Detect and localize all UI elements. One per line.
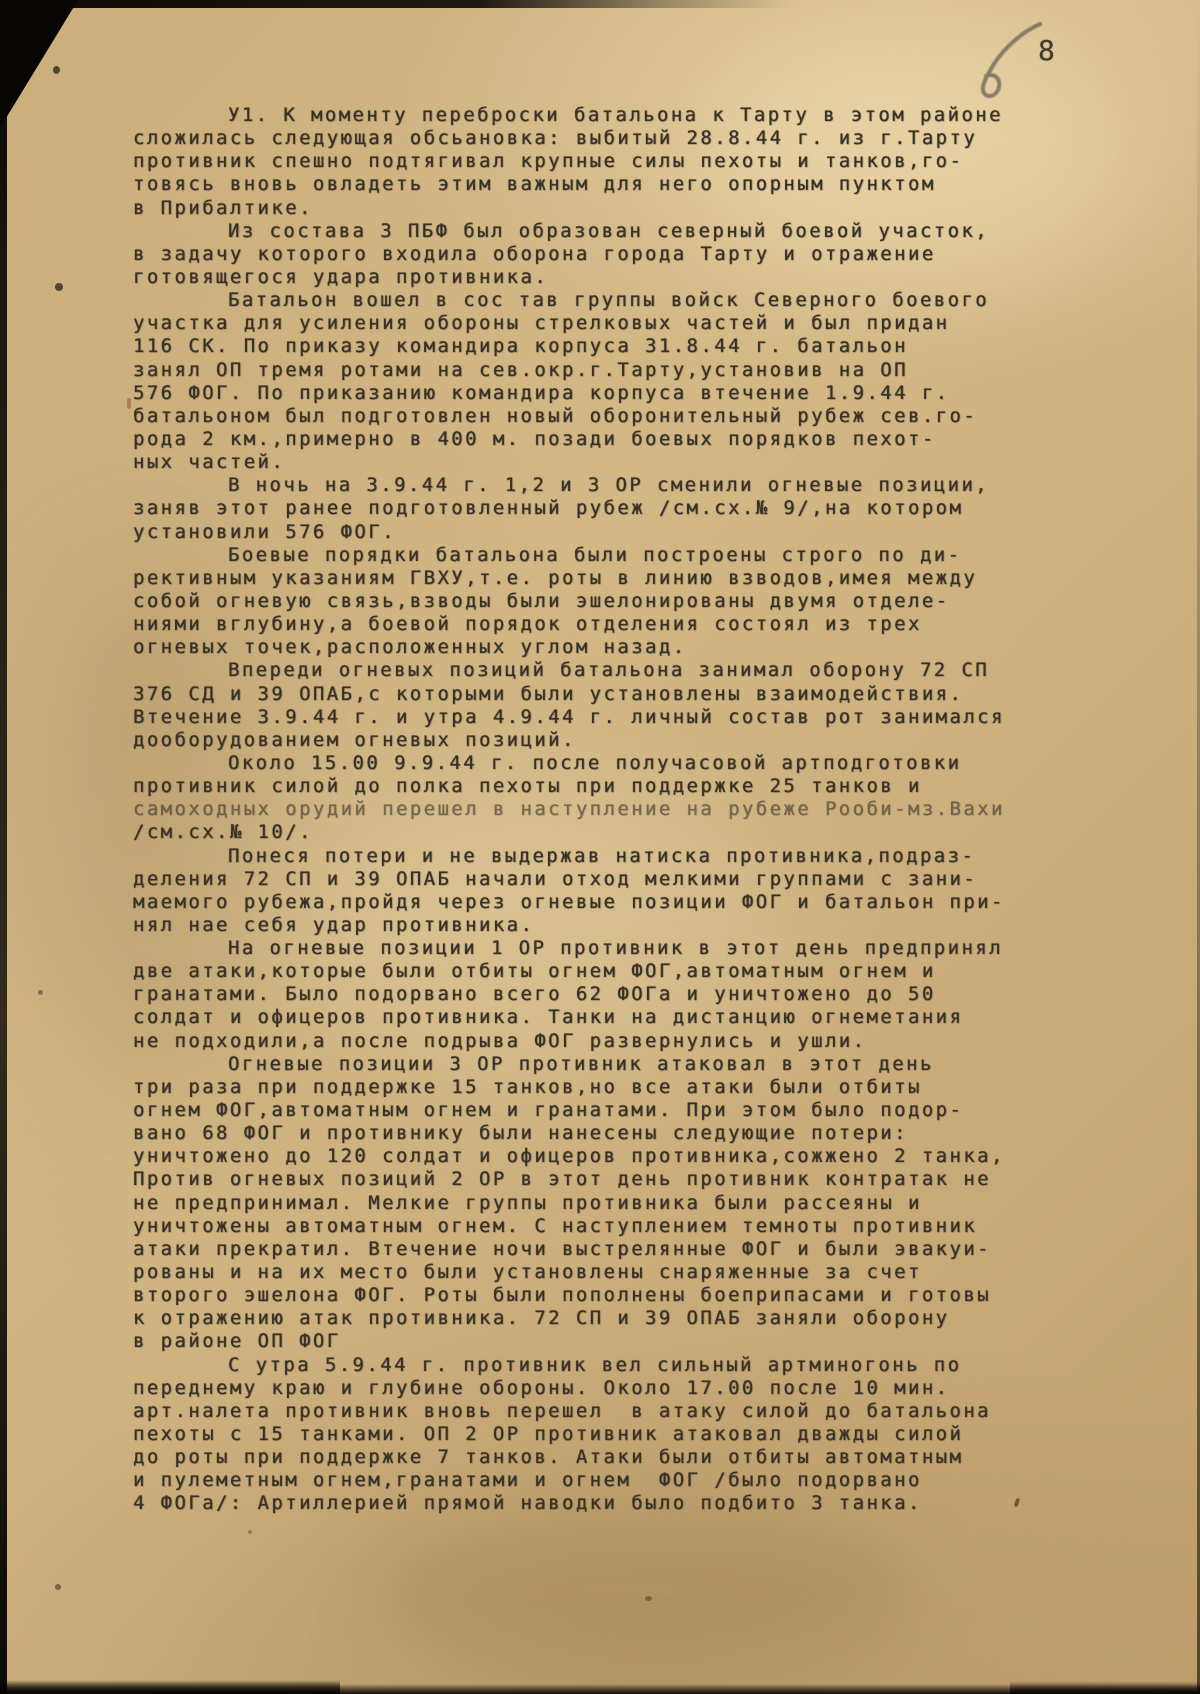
text-line: Впереди огневых позиций батальона занима… — [133, 659, 1083, 682]
scan-speck — [645, 1596, 652, 1601]
text-line: пехоты с 15 танками. ОП 2 ОР противник а… — [133, 1423, 1083, 1446]
text-line: противник спешно подтягивал крупные силы… — [133, 150, 1083, 173]
text-line: деления 72 СП и 39 ОПАБ начали отход мел… — [133, 868, 1083, 891]
text-line: рода 2 км.,примерно в 400 м. позади боев… — [133, 428, 1083, 451]
text-line: уничтожено до 120 солдат и офицеров прот… — [133, 1145, 1083, 1168]
typed-page-number: 8 — [1038, 34, 1055, 67]
text-line: 376 СД и 39 ОПАБ,с которыми были установ… — [133, 683, 1083, 706]
text-line: товясь вновь овладеть этим важным для не… — [133, 173, 1083, 196]
text-line: к отражению атак противника. 72 СП и 39 … — [133, 1307, 1083, 1330]
text-line: участка для усиления обороны стрелковых … — [133, 312, 1083, 335]
text-line: /см.сх.№ 10/. — [133, 821, 1083, 844]
text-line: в задачу которого входила оборона города… — [133, 243, 1083, 266]
text-line: рованы и на их место были установлены сн… — [133, 1261, 1083, 1284]
text-line: атаки прекратил. Втечение ночи выстрелян… — [133, 1238, 1083, 1261]
scan-edge-bottom-left — [0, 1680, 340, 1694]
text-line: собой огневую связь,взводы были эшелонир… — [133, 590, 1083, 613]
scan-edge-bottom-right — [1010, 1681, 1200, 1694]
text-line: ных частей. — [133, 451, 1083, 474]
scan-edge-bottom — [0, 1684, 1200, 1694]
text-line: две атаки,которые были отбиты огнем ФОГ,… — [133, 960, 1083, 983]
scan-edge-top — [0, 0, 1200, 8]
scanned-document-page: 8 У1. К моменту переброски батальона к Т… — [0, 0, 1200, 1694]
text-line: огневых точек,расположенных углом назад. — [133, 636, 1083, 659]
text-line: дооборудованием огневых позиций. — [133, 729, 1083, 752]
text-line: Против огневых позиций 2 ОР в этот день … — [133, 1168, 1083, 1191]
text-line: сложилась следующая обсьановка: выбитый … — [133, 127, 1083, 150]
scan-corner-top-left — [0, 0, 78, 128]
scan-speck — [248, 1530, 252, 1534]
text-line: Втечение 3.9.44 г. и утра 4.9.44 г. личн… — [133, 706, 1083, 729]
document-text: У1. К моменту переброски батальона к Тар… — [133, 104, 1083, 1516]
scan-speck — [53, 66, 60, 74]
text-line: огнем ФОГ,автоматным огнем и гранатами. … — [133, 1099, 1083, 1122]
text-line: На огневые позиции 1 ОР противник в этот… — [133, 937, 1083, 960]
text-line: маемого рубежа,пройдя через огневые пози… — [133, 891, 1083, 914]
handwritten-page-number — [952, 18, 1052, 118]
paper-stain — [370, 1510, 910, 1670]
text-line: Понеся потери и не выдержав натиска прот… — [133, 845, 1083, 868]
scan-speck — [55, 1584, 61, 1590]
text-line: 4 ФОГа/: Артиллерией прямой наводки было… — [133, 1492, 1083, 1515]
text-line: занял ОП тремя ротами на сев.окр.г.Тарту… — [133, 359, 1083, 382]
text-line: С утра 5.9.44 г. противник вел сильный а… — [133, 1354, 1083, 1377]
text-line: У1. К моменту переброски батальона к Тар… — [133, 104, 1083, 127]
scan-edge-left — [0, 0, 7, 1694]
text-line: Из состава 3 ПБФ был образован северный … — [133, 220, 1083, 243]
text-line: самоходных орудий перешел в наступление … — [133, 798, 1083, 821]
text-line: переднему краю и глубине обороны. Около … — [133, 1377, 1083, 1400]
text-line: три раза при поддержке 15 танков,но все … — [133, 1076, 1083, 1099]
text-line: Боевые порядки батальона были построены … — [133, 544, 1083, 567]
text-line: 116 СК. По приказу командира корпуса 31.… — [133, 335, 1083, 358]
text-line: второго эшелона ФОГ. Роты были пополнены… — [133, 1284, 1083, 1307]
text-line: уничтожены автоматным огнем. С наступлен… — [133, 1215, 1083, 1238]
pencil-mark-15-icon — [952, 18, 1052, 118]
text-line: установили 576 ФОГ. — [133, 521, 1083, 544]
red-pencil-tick — [127, 398, 131, 409]
text-line: в районе ОП ФОГ — [133, 1330, 1083, 1353]
text-line: В ночь на 3.9.44 г. 1,2 и 3 ОР сменили о… — [133, 474, 1083, 497]
text-line: в Прибалтике. — [133, 197, 1083, 220]
text-line: противник силой до полка пехоты при подд… — [133, 775, 1083, 798]
text-line: не предпринимал. Мелкие группы противник… — [133, 1192, 1083, 1215]
text-line: до роты при поддержке 7 танков. Атаки бы… — [133, 1446, 1083, 1469]
text-line: вано 68 ФОГ и противнику были нанесены с… — [133, 1122, 1083, 1145]
text-line: заняв этот ранее подготовленный рубеж /с… — [133, 497, 1083, 520]
text-line: Огневые позиции 3 ОР противник атаковал … — [133, 1053, 1083, 1076]
text-line: рективным указаниям ГВХУ,т.е. роты в лин… — [133, 567, 1083, 590]
scan-speck — [38, 990, 43, 995]
text-line: арт.налета противник вновь перешел в ата… — [133, 1400, 1083, 1423]
text-line: Батальон вошел в сос тав группы войск Се… — [133, 289, 1083, 312]
text-line: и пулеметным огнем,гранатами и огнем ФОГ… — [133, 1469, 1083, 1492]
scan-speck — [55, 283, 63, 291]
text-line: готовящегося удара противника. — [133, 266, 1083, 289]
text-line: ниями вглубину,а боевой порядок отделени… — [133, 613, 1083, 636]
text-line: 576 ФОГ. По приказанию командира корпуса… — [133, 382, 1083, 405]
text-line: не подходили,а после подрыва ФОГ разверн… — [133, 1030, 1083, 1053]
text-line: батальоном был подготовлен новый оборони… — [133, 405, 1083, 428]
text-line: гранатами. Было подорвано всего 62 ФОГа … — [133, 983, 1083, 1006]
text-line: Около 15.00 9.9.44 г. после получасовой … — [133, 752, 1083, 775]
text-line: солдат и офицеров противника. Танки на д… — [133, 1006, 1083, 1029]
text-line: нял нае себя удар противника. — [133, 914, 1083, 937]
